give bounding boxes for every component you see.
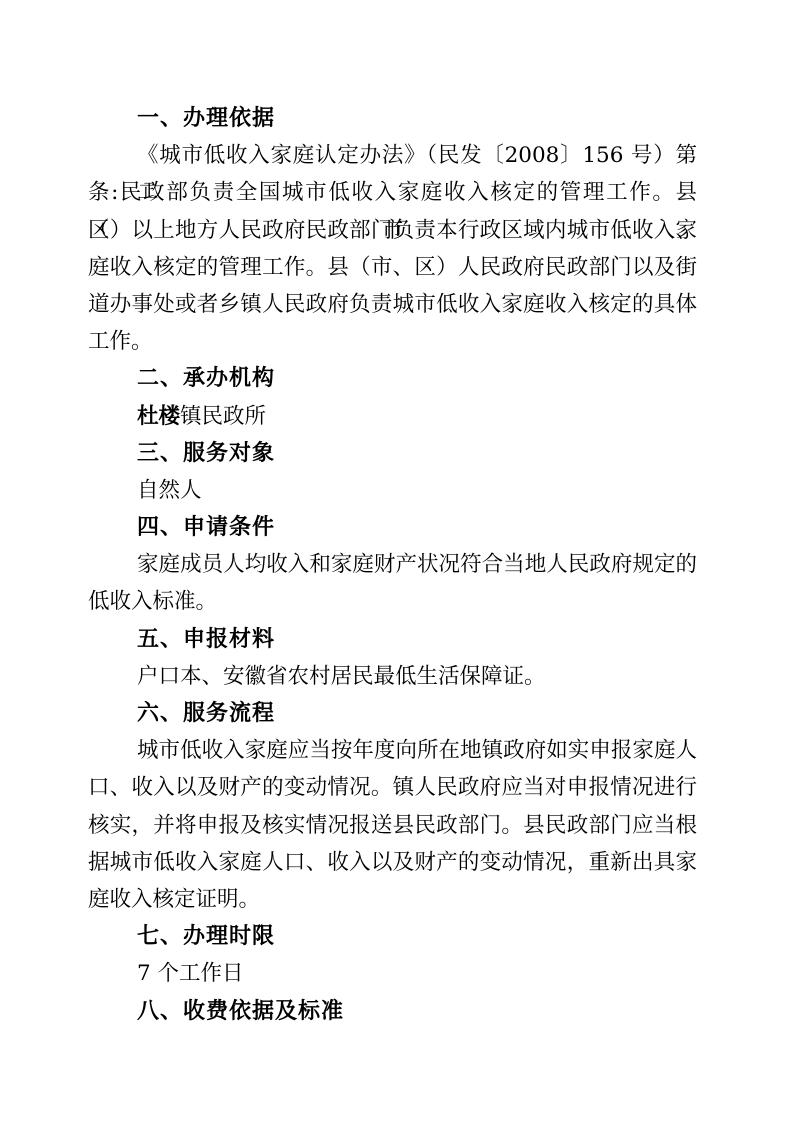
section-heading: 三、服务对象	[88, 435, 697, 472]
section-heading: 八、收费依据及标准	[88, 993, 697, 1030]
body-line: 家庭成员人均收入和家庭财产状况符合当地人民政府规定的	[88, 546, 697, 583]
body-line: 条:民政部负责全国城市低收入家庭收入核定的管理工作。县（市、	[88, 174, 697, 211]
body-line: 自然人	[88, 472, 697, 509]
body-line: 庭收入核定证明。	[88, 881, 697, 918]
section-heading: 二、承办机构	[88, 360, 697, 397]
section-heading: 七、办理时限	[88, 918, 697, 955]
document-page: 一、办理依据《城市低收入家庭认定办法》（民发〔2008〕156 号）第二条:民政…	[0, 0, 793, 1122]
body-line: 《城市低收入家庭认定办法》（民发〔2008〕156 号）第二	[88, 137, 697, 174]
body-line: 户口本、安徽省农村居民最低生活保障证。	[88, 658, 697, 695]
body-line-segment-bold: 杜楼	[137, 404, 180, 429]
section-heading: 五、申报材料	[88, 621, 697, 658]
body-line: 杜楼镇民政所	[88, 398, 697, 435]
body-line: 低收入标准。	[88, 583, 697, 620]
body-line: 工作。	[88, 323, 697, 360]
body-line: 区）以上地方人民政府民政部门负责本行政区域内城市低收入家	[88, 212, 697, 249]
section-heading: 四、申请条件	[88, 509, 697, 546]
body-line: 核实，并将申报及核实情况报送县民政部门。县民政部门应当根	[88, 807, 697, 844]
body-line: 道办事处或者乡镇人民政府负责城市低收入家庭收入核定的具体	[88, 286, 697, 323]
body-line: 7 个工作日	[88, 955, 697, 992]
body-line: 据城市低收入家庭人口、收入以及财产的变动情况，重新出具家	[88, 844, 697, 881]
section-heading: 六、服务流程	[88, 695, 697, 732]
body-line: 口、收入以及财产的变动情况。镇人民政府应当对申报情况进行	[88, 769, 697, 806]
body-line: 庭收入核定的管理工作。县（市、区）人民政府民政部门以及街	[88, 249, 697, 286]
section-heading: 一、办理依据	[88, 100, 697, 137]
body-line-segment: 镇民政所	[180, 404, 266, 429]
document-body: 一、办理依据《城市低收入家庭认定办法》（民发〔2008〕156 号）第二条:民政…	[88, 100, 697, 1030]
body-line: 城市低收入家庭应当按年度向所在地镇政府如实申报家庭人	[88, 732, 697, 769]
